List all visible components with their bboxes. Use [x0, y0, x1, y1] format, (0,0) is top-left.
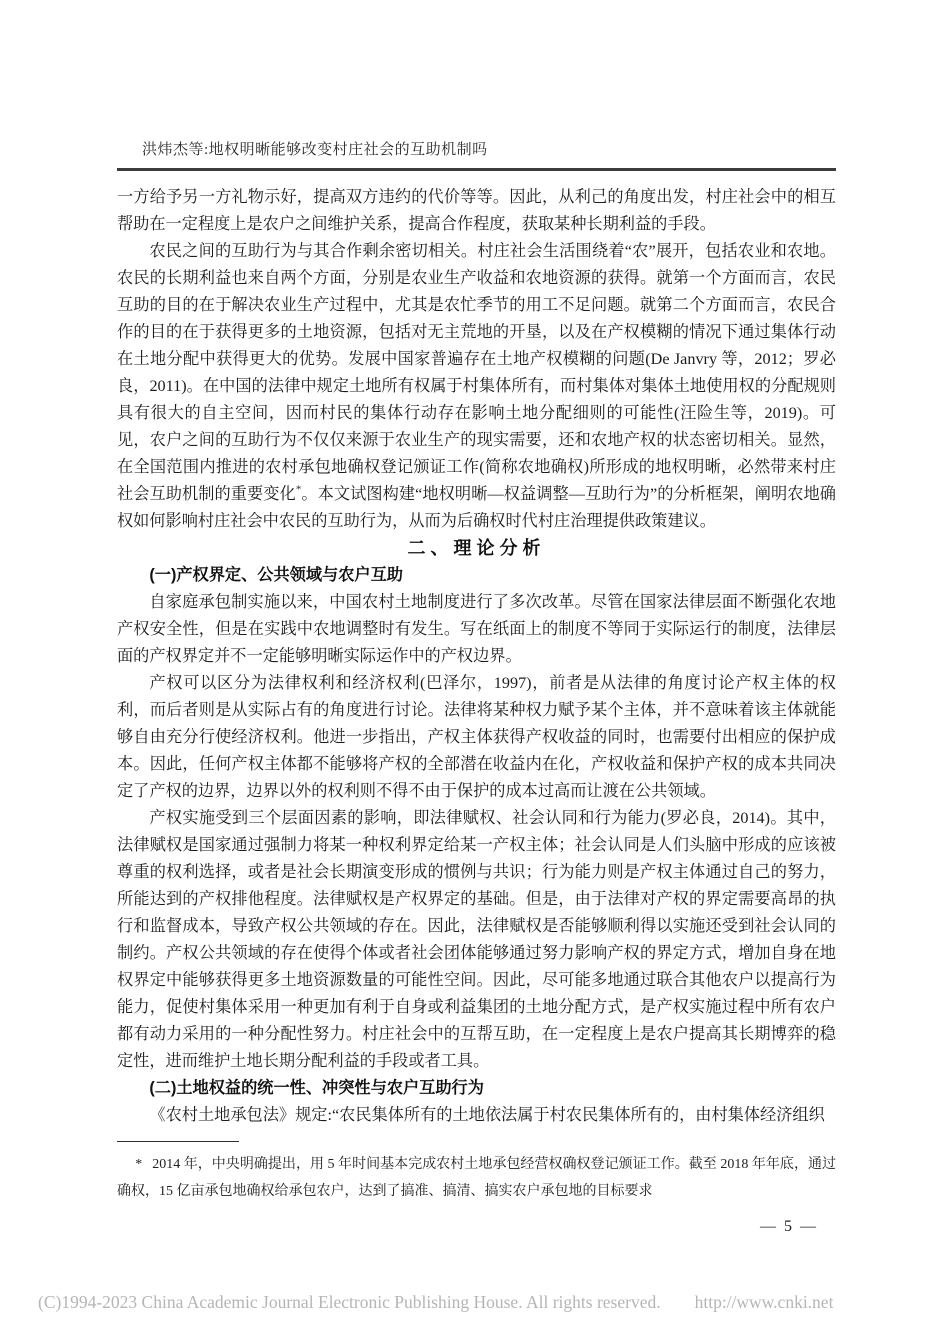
cnki-url: http://www.cnki.net	[695, 1292, 834, 1312]
paragraph-household-contract: 自家庭承包制实施以来，中国农村土地制度进行了多次改革。尽管在国家法律层面不断强化…	[117, 589, 836, 670]
page-number: — 5 —	[117, 1218, 836, 1236]
paragraph-mutual-help: 农民之间的互助行为与其合作剩余密切相关。村庄社会生活围绕着“农”展开，包括农业和…	[117, 238, 836, 535]
footnote-text: 2014 年，中央明确提出，用 5 年时间基本完成农村土地承包经营权确权登记颁证…	[117, 1157, 836, 1199]
copyright-text: (C)1994-2023 China Academic Journal Elec…	[38, 1292, 661, 1312]
paragraph-mutual-help-text: 农民之间的互助行为与其合作剩余密切相关。村庄社会生活围绕着“农”展开，包括农业和…	[117, 242, 836, 503]
paragraph-continuation: 一方给予另一方礼物示好，提高双方违约的代价等等。因此，从利己的角度出发，村庄社会…	[117, 184, 836, 238]
running-head: 洪炜杰等:地权明晰能够改变村庄社会的互助机制吗	[117, 138, 836, 159]
paragraph-property-rights: 产权可以区分为法律权利和经济权利(巴泽尔，1997)，前者是从法律的角度讨论产权…	[117, 670, 836, 805]
article-body: 一方给予另一方礼物示好，提高双方违约的代价等等。因此，从利己的角度出发，村庄社会…	[117, 184, 836, 1129]
copyright-bar: (C)1994-2023 China Academic Journal Elec…	[38, 1292, 918, 1313]
section-heading-theory-analysis: 二、理论分析	[117, 535, 836, 562]
header-rule	[117, 168, 836, 171]
subsection-heading-2: (二)土地权益的统一性、冲突性与农户互助行为	[117, 1075, 836, 1102]
footnote: *2014 年，中央明确提出，用 5 年时间基本完成农村土地承包经营权确权登记颁…	[117, 1151, 836, 1205]
footnote-separator	[117, 1141, 239, 1142]
paragraph-land-contract-law: 《农村土地承包法》规定:“农民集体所有的土地依法属于村农民集体所有的，由村集体经…	[117, 1102, 836, 1129]
footnote-marker: *	[135, 1157, 152, 1172]
subsection-heading-1: (一)产权界定、公共领域与农户互助	[117, 562, 836, 589]
page-sheet: 洪炜杰等:地权明晰能够改变村庄社会的互助机制吗 一方给予另一方礼物示好，提高双方…	[117, 138, 836, 1236]
paragraph-three-factors: 产权实施受到三个层面因素的影响，即法律赋权、社会认同和行为能力(罗必良，2014…	[117, 805, 836, 1075]
